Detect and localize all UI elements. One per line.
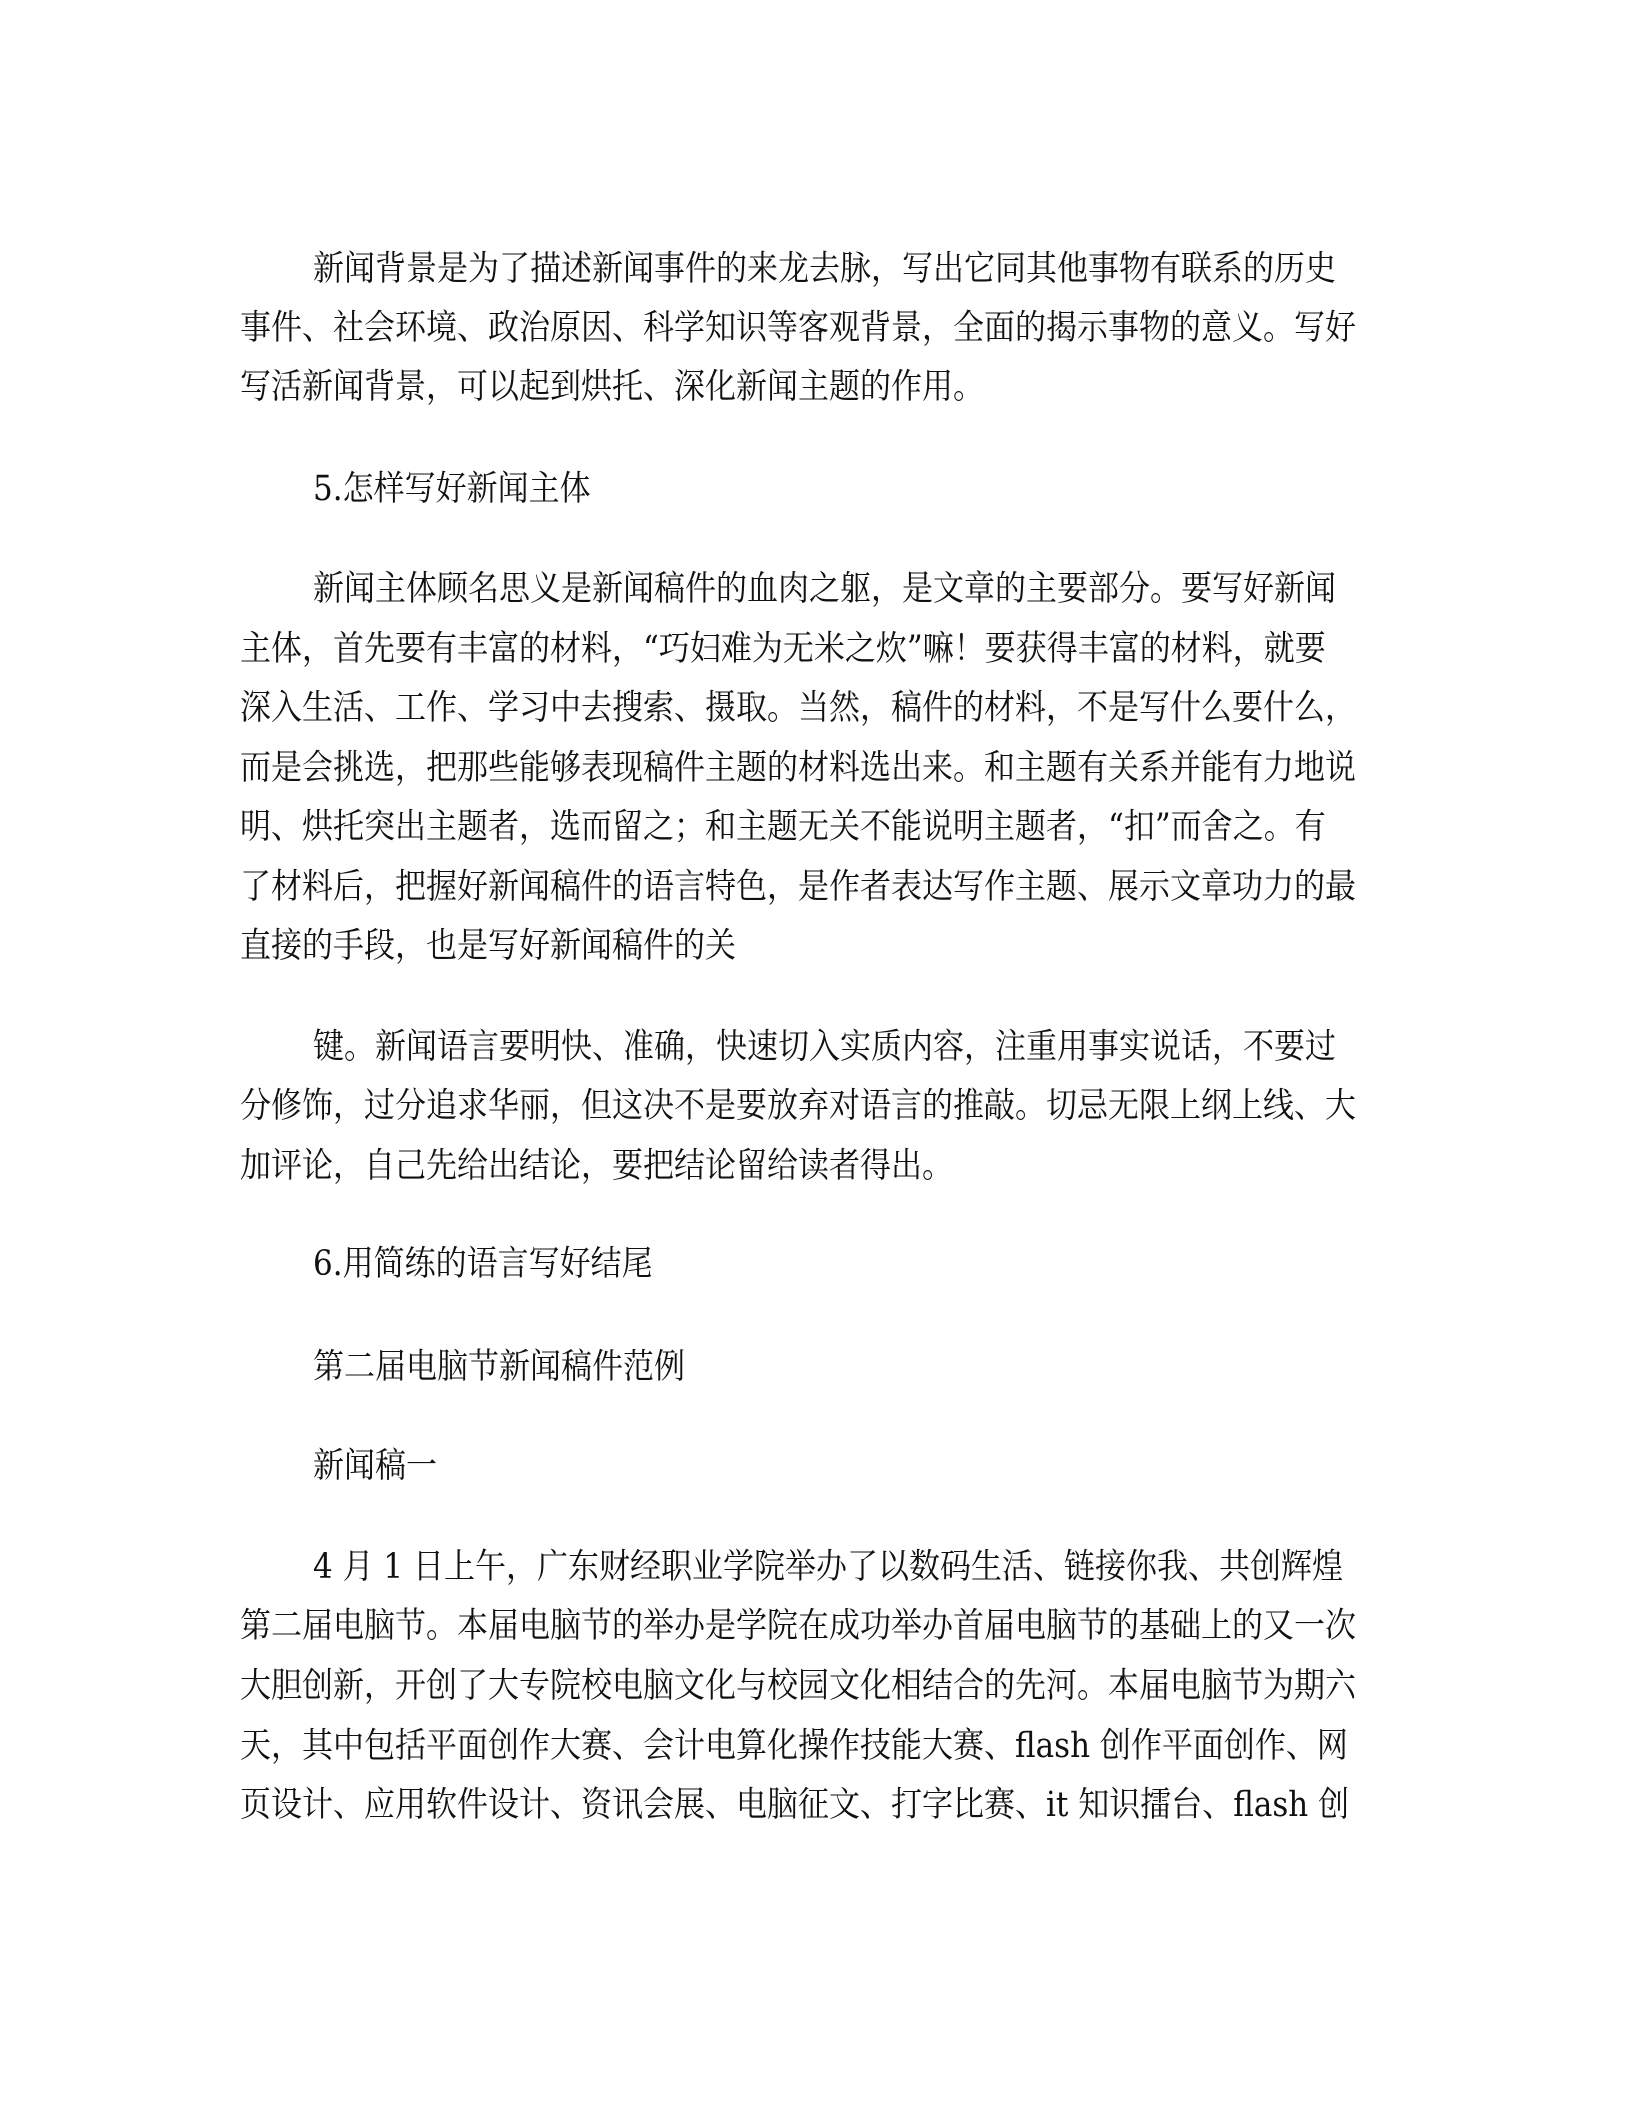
paragraph-line: 新闻背景是为了描述新闻事件的来龙去脉，写出它同其他事物有联系的历史	[313, 247, 1385, 292]
paragraph-line: 页设计、应用软件设计、资讯会展、电脑征文、打字比赛、it 知识擂台、flash …	[240, 1783, 1385, 1828]
paragraph-line: 了材料后，把握好新闻稿件的语言特色，是作者表达写作主题、展示文章功力的最	[240, 865, 1385, 910]
paragraph-line: 深入生活、工作、学习中去搜索、摄取。当然，稿件的材料，不是写什么要什么，	[240, 686, 1385, 731]
paragraph-line: 新闻主体顾名思义是新闻稿件的血肉之躯，是文章的主要部分。要写好新闻	[313, 567, 1385, 612]
section-heading: 第二届电脑节新闻稿件范例	[313, 1345, 1385, 1390]
paragraph-line: 加评论，自己先给出结论，要把结论留给读者得出。	[240, 1144, 1385, 1189]
paragraph-line: 写活新闻背景，可以起到烘托、深化新闻主题的作用。	[240, 365, 1385, 410]
paragraph-line: 而是会挑选，把那些能够表现稿件主题的材料选出来。和主题有关系并能有力地说	[240, 746, 1385, 791]
paragraph-line: 第二届电脑节。本届电脑节的举办是学院在成功举办首届电脑节的基础上的又一次	[240, 1604, 1385, 1649]
paragraph-line: 分修饰，过分追求华丽，但这决不是要放弃对语言的推敲。切忌无限上纲上线、大	[240, 1084, 1385, 1129]
paragraph-line: 主体，首先要有丰富的材料，“巧妇难为无米之炊”嘛！要获得丰富的材料，就要	[240, 627, 1385, 672]
paragraph-line: 事件、社会环境、政治原因、科学知识等客观背景，全面的揭示事物的意义。写好	[240, 306, 1385, 351]
paragraph-line: 天，其中包括平面创作大赛、会计电算化操作技能大赛、flash 创作平面创作、网	[240, 1724, 1385, 1769]
section-heading: 新闻稿一	[313, 1444, 1385, 1489]
document-page: 新闻背景是为了描述新闻事件的来龙去脉，写出它同其他事物有联系的历史 事件、社会环…	[0, 0, 1632, 2112]
paragraph-line: 4 月 1 日上午，广东财经职业学院举办了以数码生活、链接你我、共创辉煌	[313, 1545, 1385, 1590]
section-heading: 5.怎样写好新闻主体	[313, 467, 1385, 512]
paragraph-line: 键。新闻语言要明快、准确，快速切入实质内容，注重用事实说话，不要过	[313, 1025, 1385, 1070]
section-heading: 6.用简练的语言写好结尾	[313, 1242, 1385, 1287]
paragraph-line: 大胆创新，开创了大专院校电脑文化与校园文化相结合的先河。本届电脑节为期六	[240, 1664, 1385, 1709]
paragraph-line: 明、烘托突出主题者，选而留之；和主题无关不能说明主题者，“扣”而舍之。有	[240, 805, 1385, 850]
paragraph-line: 直接的手段，也是写好新闻稿件的关	[240, 924, 1385, 969]
